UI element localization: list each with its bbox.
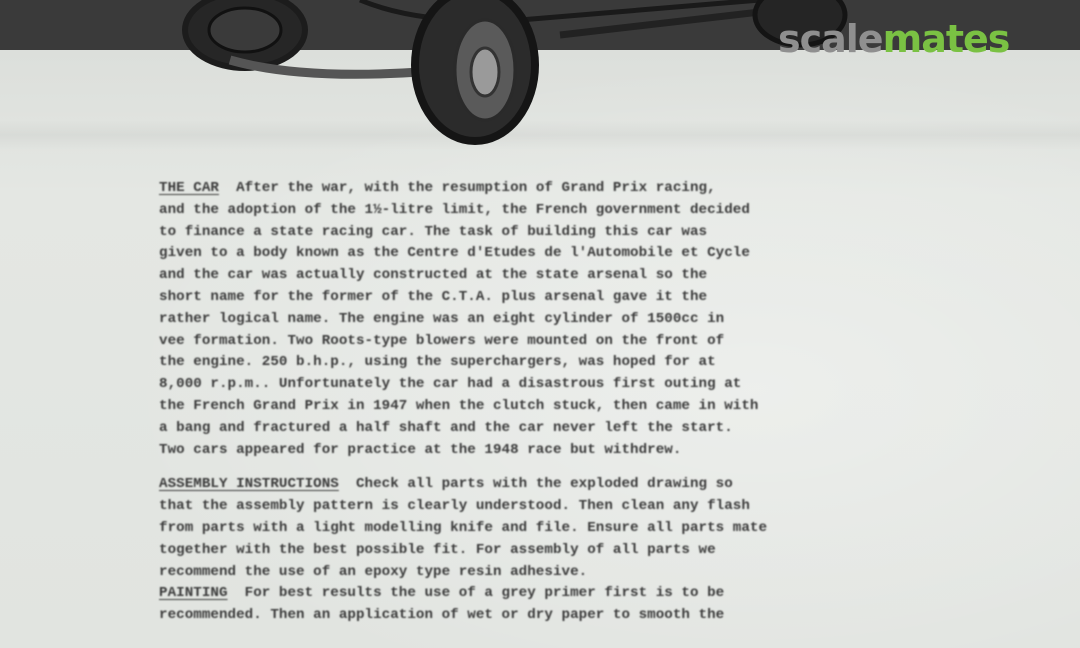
text-line: recommend the use of an epoxy type resin… — [159, 562, 959, 584]
text-line: and the adoption of the 1½-litre limit, … — [159, 200, 959, 222]
text-line: vee formation. Two Roots-type blowers we… — [159, 331, 959, 353]
text-line: rather logical name. The engine was an e… — [159, 309, 959, 331]
text-line: and the car was actually constructed at … — [159, 265, 959, 287]
section-heading: ASSEMBLY INSTRUCTIONS — [159, 476, 339, 492]
text-line: given to a body known as the Centre d'Et… — [159, 243, 959, 265]
text-line: that the assembly pattern is clearly und… — [159, 496, 959, 518]
text-line: recommended. Then an application of wet … — [159, 605, 959, 627]
text-line: Check all parts with the exploded drawin… — [339, 476, 733, 492]
section-assembly-instructions: ASSEMBLY INSTRUCTIONS Check all parts wi… — [159, 474, 959, 583]
text-line: the French Grand Prix in 1947 when the c… — [159, 396, 959, 418]
text-line: together with the best possible fit. For… — [159, 540, 959, 562]
text-line: from parts with a light modelling knife … — [159, 518, 959, 540]
text-line: Two cars appeared for practice at the 19… — [159, 440, 959, 462]
text-line: For best results the use of a grey prime… — [228, 585, 725, 601]
section-heading: THE CAR — [159, 180, 219, 196]
section-heading: PAINTING — [159, 585, 228, 601]
text-line: to finance a state racing car. The task … — [159, 222, 959, 244]
text-line: After the war, with the resumption of Gr… — [219, 180, 716, 196]
text-line: short name for the former of the C.T.A. … — [159, 287, 959, 309]
section-painting: PAINTING For best results the use of a g… — [159, 583, 959, 627]
text-line: 8,000 r.p.m.. Unfortunately the car had … — [159, 374, 959, 396]
text-line: the engine. 250 b.h.p., using the superc… — [159, 352, 959, 374]
logo-part-mates: mates — [883, 17, 1010, 61]
scalemates-watermark: scalemates — [778, 14, 1009, 64]
instruction-text: THE CAR After the war, with the resumpti… — [159, 178, 959, 627]
text-line: a bang and fractured a half shaft and th… — [159, 418, 959, 440]
section-the-car: THE CAR After the war, with the resumpti… — [159, 178, 959, 461]
logo-part-scale: scale — [778, 17, 883, 61]
